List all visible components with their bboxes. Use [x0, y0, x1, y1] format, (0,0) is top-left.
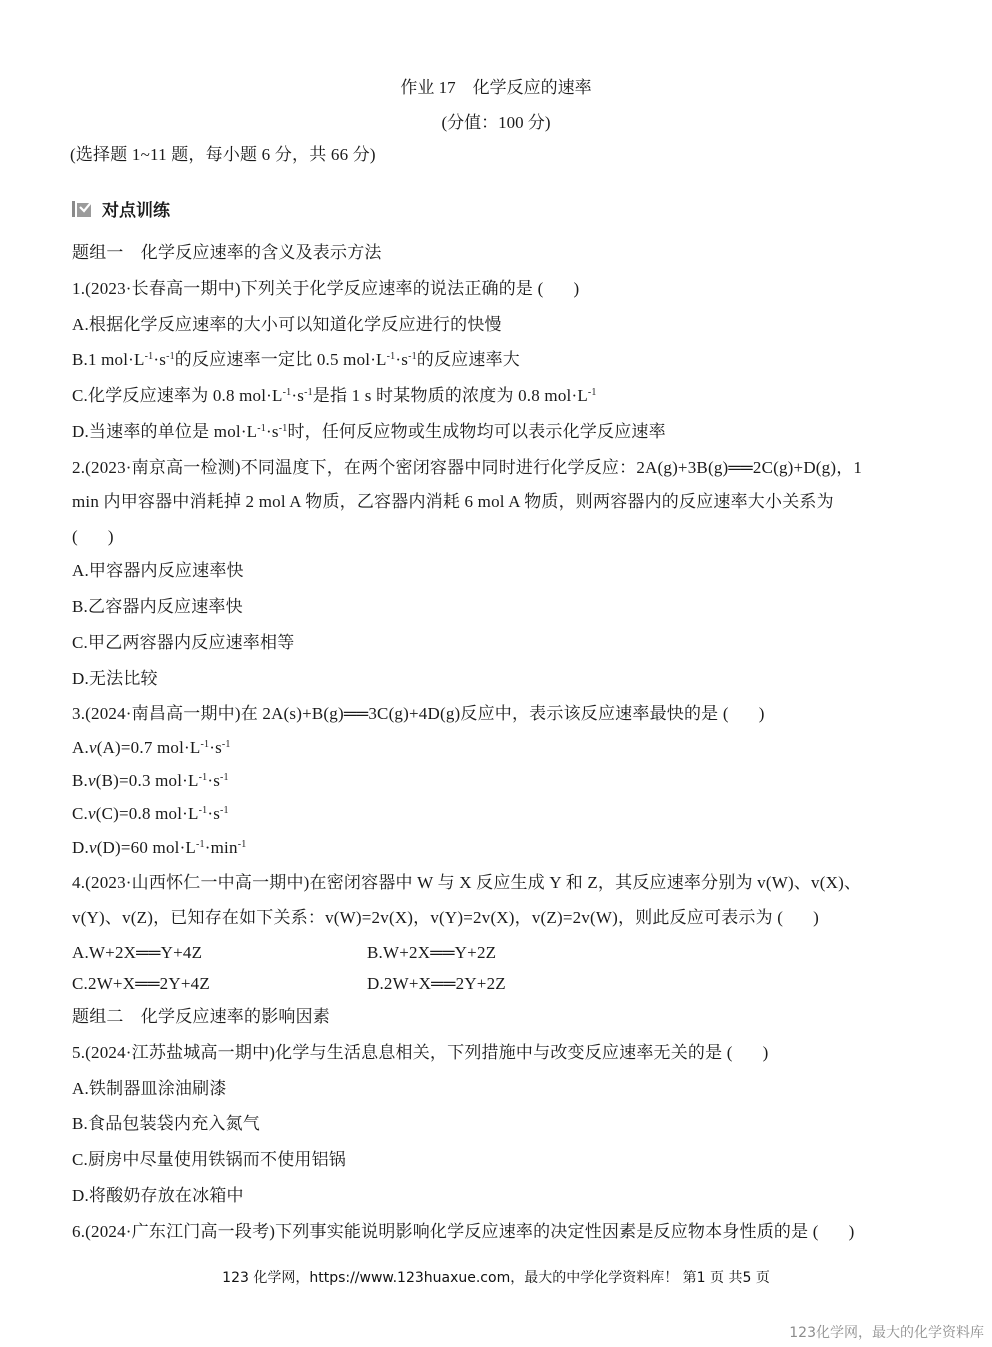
page-title: 作业 17 化学反应的速率 — [0, 73, 992, 98]
question-5-stem: 5.(2024·江苏盐城高一期中)化学与生活息息相关，下列措施中与改变反应速率无… — [72, 1042, 769, 1064]
question-6-stem: 6.(2024·广东江门高一段考)下列事实能说明影响化学反应速率的决定性因素是反… — [72, 1221, 855, 1243]
question-2-option-a: A.甲容器内反应速率快 — [72, 560, 244, 582]
question-2-line-2: min 内甲容器中消耗掉 2 mol A 物质，乙容器内消耗 6 mol A 物… — [72, 491, 834, 513]
question-1-option-c: C.化学反应速率为 0.8 mol·L-1·s-1是指 1 s 时某物质的浓度为… — [72, 385, 597, 407]
question-5-option-c: C.厨房中尽量使用铁锅而不使用铝锅 — [72, 1149, 346, 1171]
question-5-option-a: A.铁制器皿涂油刷漆 — [72, 1078, 227, 1100]
question-3-option-a: A.v(A)=0.7 mol·L-1·s-1 — [72, 737, 231, 759]
group-heading-2: 题组二 化学反应速率的影响因素 — [72, 1006, 330, 1028]
question-3-option-d: D.v(D)=60 mol·L-1·min-1 — [72, 837, 246, 859]
section-heading: 对点训练 — [72, 196, 170, 221]
question-4-line-1: 4.(2023·山西怀仁一中高一期中)在密闭容器中 W 与 X 反应生成 Y 和… — [72, 872, 861, 894]
question-5-option-b: B.食品包装袋内充入氮气 — [72, 1113, 260, 1135]
question-4-option-d: D.2W+X══2Y+2Z — [367, 973, 506, 995]
question-5-option-d: D.将酸奶存放在冰箱中 — [72, 1185, 244, 1207]
question-1-option-d: D.当速率的单位是 mol·L-1·s-1时，任何反应物或生成物均可以表示化学反… — [72, 421, 666, 443]
question-2-option-b: B.乙容器内反应速率快 — [72, 596, 243, 618]
score-subtitle: (分值：100 分) — [0, 108, 992, 133]
question-2-option-c: C.甲乙两容器内反应速率相等 — [72, 632, 294, 654]
checkbox-icon — [72, 200, 94, 218]
section-label: 对点训练 — [102, 196, 170, 221]
question-2-option-d: D.无法比较 — [72, 668, 158, 690]
page-footer: 123 化学网，https://www.123huaxue.com，最大的中学化… — [0, 1267, 992, 1287]
question-1-option-b: B.1 mol·L-1·s-1的反应速率一定比 0.5 mol·L-1·s-1的… — [72, 349, 520, 371]
question-3-option-c: C.v(C)=0.8 mol·L-1·s-1 — [72, 803, 229, 825]
question-1-option-a: A.根据化学反应速率的大小可以知道化学反应进行的快慢 — [72, 314, 502, 336]
question-2-line-1: 2.(2023·南京高一检测)不同温度下，在两个密闭容器中同时进行化学反应：2A… — [72, 457, 862, 479]
question-4-line-2: v(Y)、v(Z)，已知存在如下关系：v(W)=2v(X)，v(Y)=2v(X)… — [72, 907, 819, 929]
document-page: 作业 17 化学反应的速率 (分值：100 分) (选择题 1~11 题，每小题… — [0, 0, 992, 1347]
question-3-stem: 3.(2024·南昌高一期中)在 2A(s)+B(g)══3C(g)+4D(g)… — [72, 703, 765, 725]
group-heading-1: 题组一 化学反应速率的含义及表示方法 — [72, 242, 382, 264]
question-2-line-3: () — [72, 526, 114, 548]
instructions: (选择题 1~11 题，每小题 6 分，共 66 分) — [70, 144, 376, 166]
question-4-option-b: B.W+2X══Y+2Z — [367, 942, 496, 964]
watermark: 123化学网，最大的化学资料库 — [789, 1322, 984, 1342]
question-4-option-c: C.2W+X══2Y+4Z — [72, 973, 210, 995]
question-4-option-a: A.W+2X══Y+4Z — [72, 942, 202, 964]
question-1-stem: 1.(2023·长春高一期中)下列关于化学反应速率的说法正确的是 () — [72, 278, 579, 300]
question-3-option-b: B.v(B)=0.3 mol·L-1·s-1 — [72, 770, 229, 792]
